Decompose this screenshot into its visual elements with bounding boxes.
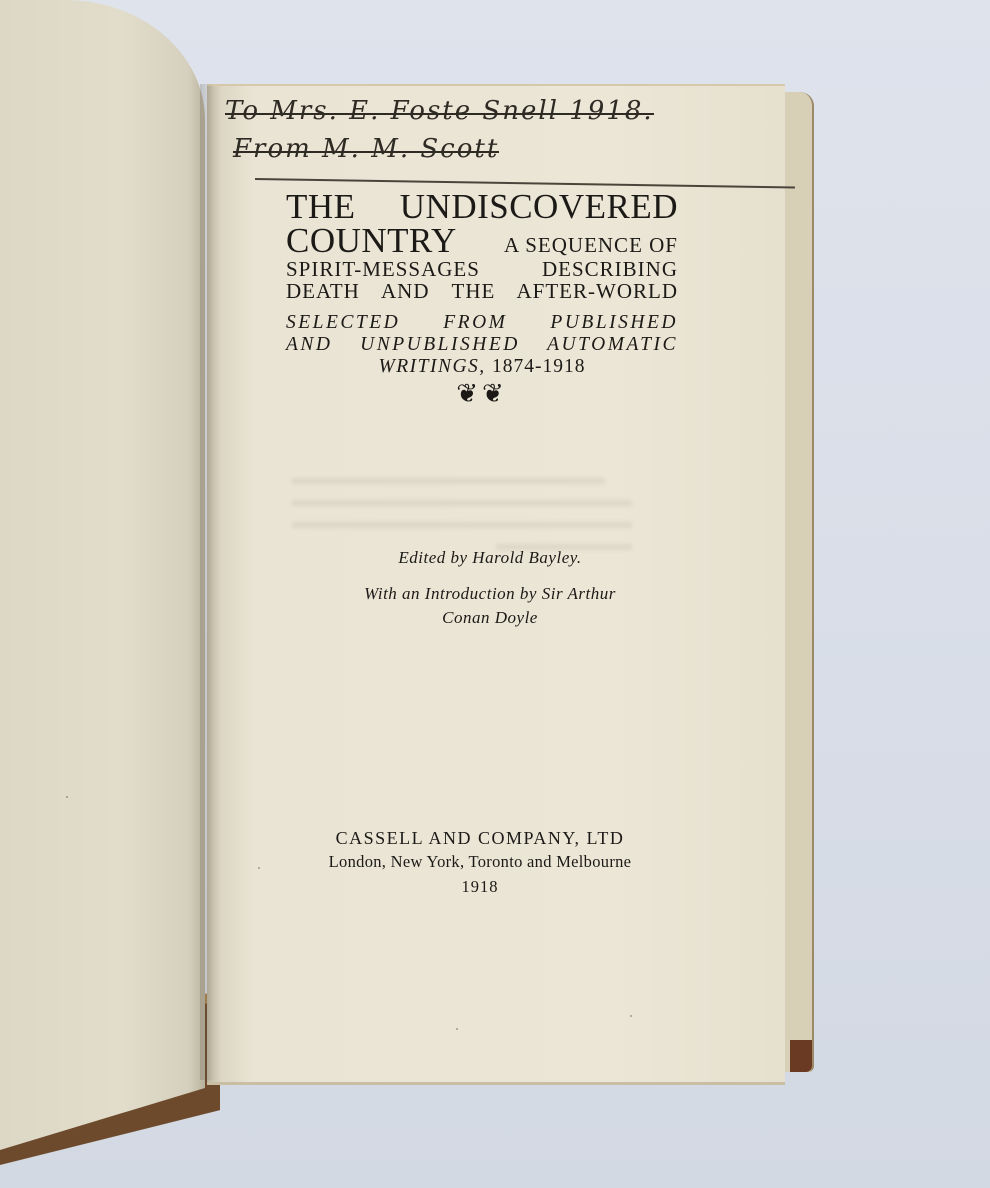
introduction-credit-2: Conan Doyle <box>300 606 680 630</box>
subtitle-line-3: DEATH AND THE AFTER-WORLD <box>286 280 678 302</box>
title-row-2: COUNTRY A SEQUENCE OF <box>286 224 678 258</box>
strikethrough-line <box>233 151 499 153</box>
paper-speck <box>258 867 260 869</box>
title-block: THE UNDISCOVERED COUNTRY A SEQUENCE OF S… <box>286 190 678 408</box>
publisher-name: CASSELL AND COMPANY, LTD <box>280 826 680 850</box>
paper-speck <box>66 796 68 798</box>
inscription-line-1: To Mrs. E. Foste Snell 1918. <box>225 96 654 126</box>
publication-year: 1918 <box>280 874 680 900</box>
introduction-credit-1: With an Introduction by Sir Arthur <box>300 582 680 606</box>
gutter-shadow <box>200 84 214 1080</box>
photo-scene: To Mrs. E. Foste Snell 1918. From M. M. … <box>0 0 990 1188</box>
publisher-cities: London, New York, Toronto and Melbourne <box>280 850 680 874</box>
editor-credit: Edited by Harold Bayley. <box>300 548 680 568</box>
selected-line-2: AND UNPUBLISHED AUTOMATIC <box>286 334 678 356</box>
selected-line-1: SELECTED FROM PUBLISHED <box>286 312 678 334</box>
strikethrough-line <box>225 113 654 115</box>
inscription-text-2: From M. M. Scott <box>233 134 499 164</box>
selected-line-3: WRITINGS, 1874-1918 <box>286 356 678 378</box>
publisher-imprint: CASSELL AND COMPANY, LTD London, New Yor… <box>280 826 680 900</box>
writings-label: WRITINGS, <box>378 356 485 377</box>
inscription-text-1: To Mrs. E. Foste Snell 1918. <box>225 96 654 126</box>
book-title-line-1: THE UNDISCOVERED <box>286 190 678 224</box>
left-blank-page <box>0 0 205 1150</box>
credits: Edited by Harold Bayley. With an Introdu… <box>300 548 680 630</box>
paper-speck <box>456 1028 458 1030</box>
paper-speck <box>630 1015 632 1017</box>
subtitle-line-2: SPIRIT-MESSAGES DESCRIBING <box>286 258 678 280</box>
fleuron-ornament-icon: ❦❦ <box>286 380 678 408</box>
cover-corner <box>790 1040 812 1072</box>
subtitle-inline: A SEQUENCE OF <box>504 233 678 258</box>
years-range: 1874-1918 <box>492 356 586 377</box>
book-title-line-2: COUNTRY <box>286 224 457 258</box>
inscription-line-2: From M. M. Scott <box>233 134 499 164</box>
